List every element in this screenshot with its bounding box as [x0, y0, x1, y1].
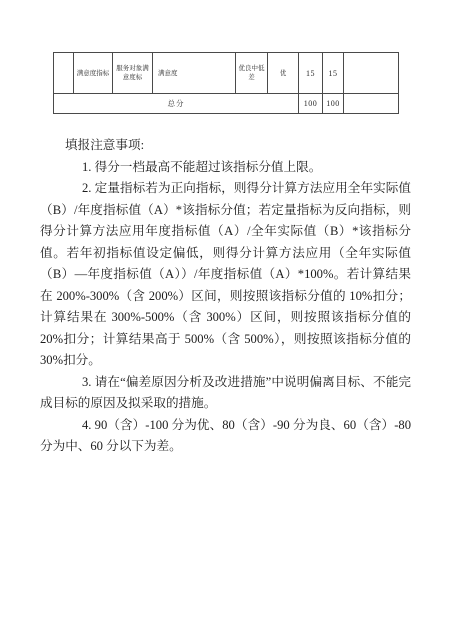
cell-indicator-group: 满意度指标 — [74, 53, 113, 94]
cell-blank-left — [54, 53, 74, 94]
table-row-total: 总分 100 100 — [54, 94, 399, 114]
cell-grade-scale: 优良中低差 — [236, 53, 268, 94]
cell-score: 15 — [323, 53, 344, 94]
cell-total-score-b: 100 — [323, 94, 344, 114]
note-item-3: 3. 请在“偏差原因分析及改进措施”中说明偏离目标、不能完成目标的原因及拟采取的… — [40, 372, 411, 415]
notes-heading: 填报注意事项: — [40, 135, 411, 157]
score-table: 满意度指标 服务对象满意度标 满意度 优良中低差 优 15 15 总分 100 … — [53, 52, 399, 114]
cell-blank-right — [344, 53, 399, 94]
cell-total-blank — [344, 94, 399, 114]
document-page: 满意度指标 服务对象满意度标 满意度 优良中低差 优 15 15 总分 100 … — [0, 0, 451, 638]
cell-total-score-a: 100 — [299, 94, 323, 114]
cell-grade-value: 优 — [268, 53, 299, 94]
cell-indicator-name: 满意度 — [153, 53, 236, 94]
cell-total-label: 总分 — [54, 94, 299, 114]
note-item-1: 1. 得分一档最高不能超过该指标分值上限。 — [40, 157, 411, 179]
filling-notes: 填报注意事项: 1. 得分一档最高不能超过该指标分值上限。 2. 定量指标若为正… — [40, 135, 411, 458]
cell-indicator-sub: 服务对象满意度标 — [113, 53, 153, 94]
table-row-indicator: 满意度指标 服务对象满意度标 满意度 优良中低差 优 15 15 — [54, 53, 399, 94]
cell-weight: 15 — [299, 53, 323, 94]
note-item-2: 2. 定量指标若为正向指标，则得分计算方法应用全年实际值（B）/年度指标值（A）… — [40, 178, 411, 372]
note-item-4: 4. 90（含）-100 分为优、80（含）-90 分为良、60（含）-80 分… — [40, 415, 411, 458]
